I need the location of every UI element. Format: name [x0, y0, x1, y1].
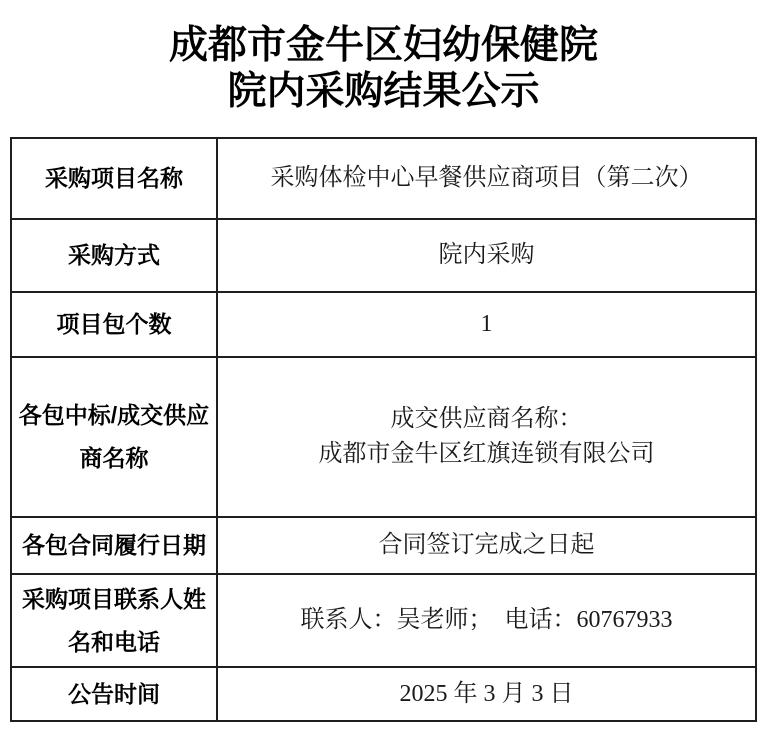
row-value: 合同签订完成之日起 — [218, 518, 755, 573]
row-value-line-2: 成都市金牛区红旗连锁有限公司 — [319, 437, 655, 472]
row-label-text: 项目包个数 — [57, 303, 172, 346]
table-row-package-count: 项目包个数 1 — [12, 291, 755, 356]
row-value-text: 院内采购 — [439, 238, 535, 273]
row-label: 各包中标/成交供应 商名称 — [12, 358, 218, 516]
row-value: 院内采购 — [218, 220, 755, 291]
page-title: 成都市金牛区妇幼保健院 院内采购结果公示 — [0, 0, 767, 115]
row-label-line-2: 商名称 — [80, 437, 149, 480]
row-label-text: 公告时间 — [68, 673, 160, 716]
table-row-project-name: 采购项目名称 采购体检中心早餐供应商项目（第二次） — [12, 139, 755, 218]
row-value: 2025 年 3 月 3 日 — [218, 668, 755, 720]
row-label: 各包合同履行日期 — [12, 518, 218, 573]
row-value-text: 2025 年 3 月 3 日 — [400, 677, 574, 712]
row-label: 采购项目联系人姓 名和电话 — [12, 575, 218, 666]
row-label-line-1: 各包中标/成交供应 — [19, 394, 209, 437]
row-label-text: 采购方式 — [68, 234, 160, 277]
table-row-announcement-time: 公告时间 2025 年 3 月 3 日 — [12, 666, 755, 720]
row-value: 1 — [218, 293, 755, 356]
page-title-line-1: 成都市金牛区妇幼保健院 — [0, 23, 767, 69]
row-value: 成交供应商名称： 成都市金牛区红旗连锁有限公司 — [218, 358, 755, 516]
announcement-table: 采购项目名称 采购体检中心早餐供应商项目（第二次） 采购方式 院内采购 项目包个… — [10, 137, 757, 722]
row-label: 公告时间 — [12, 668, 218, 720]
row-value: 采购体检中心早餐供应商项目（第二次） — [218, 139, 755, 218]
table-row-procurement-method: 采购方式 院内采购 — [12, 218, 755, 291]
row-value-text: 采购体检中心早餐供应商项目（第二次） — [271, 161, 703, 196]
row-value-line-1: 成交供应商名称： — [391, 402, 583, 437]
row-value-text: 联系人：吴老师； 电话：60767933 — [301, 603, 673, 638]
row-label-text: 各包合同履行日期 — [22, 524, 206, 567]
row-label: 采购方式 — [12, 220, 218, 291]
row-label: 采购项目名称 — [12, 139, 218, 218]
row-label-line-1: 采购项目联系人姓 — [22, 578, 206, 621]
table-row-winning-supplier: 各包中标/成交供应 商名称 成交供应商名称： 成都市金牛区红旗连锁有限公司 — [12, 356, 755, 516]
row-label-line-2: 名和电话 — [68, 621, 160, 664]
row-value-text: 合同签订完成之日起 — [379, 528, 595, 563]
page-title-line-2: 院内采购结果公示 — [0, 69, 767, 115]
row-label: 项目包个数 — [12, 293, 218, 356]
table-row-contact-info: 采购项目联系人姓 名和电话 联系人：吴老师； 电话：60767933 — [12, 573, 755, 666]
row-value: 联系人：吴老师； 电话：60767933 — [218, 575, 755, 666]
row-value-text: 1 — [481, 307, 493, 342]
row-label-text: 采购项目名称 — [45, 157, 183, 200]
table-row-contract-date: 各包合同履行日期 合同签订完成之日起 — [12, 516, 755, 573]
